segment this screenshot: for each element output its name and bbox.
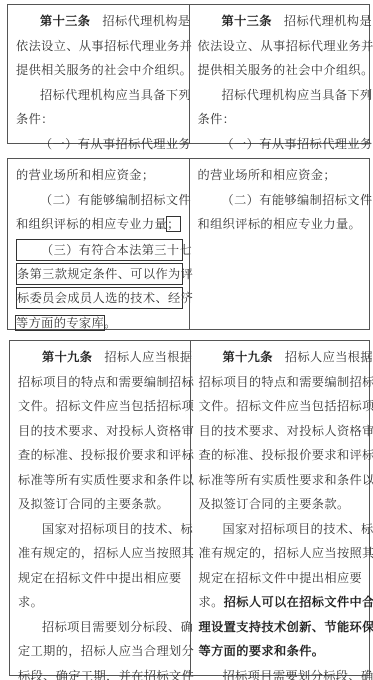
text-line: 文件。招标文件应当包括招标项 [199, 394, 364, 419]
added-text-line: 理设置支持技术创新、节能环保 [199, 615, 364, 640]
text-line: 第十三条招标代理机构是 [198, 9, 364, 34]
text-line: 和组织评标的相应专业力量。 [198, 212, 364, 237]
text-line: 准有规定的，招标人应当按照其 [199, 541, 364, 566]
article-title: 第十三条 [40, 14, 90, 28]
text-line: 规定在招标文件中提出相应要 [199, 566, 364, 591]
old-law-column: 第十三条招标代理机构是 依法设立、从事招标代理业务并 提供相关服务的社会中介组织… [8, 5, 189, 143]
text-line: （二）有能够编制招标文件 [198, 188, 364, 213]
text-line: （二）有能够编制招标文件 [16, 188, 183, 213]
text-line: 目的技术要求、对投标人资格审 [18, 419, 184, 444]
deleted-text-marker: 等方面的专家库 [16, 316, 104, 330]
deleted-text-marker: ； [167, 217, 180, 231]
deleted-text-line: 标委员会成员人选的技术、经济 [16, 287, 183, 309]
text-line: 文件。招标文件应当包括招标项 [18, 394, 184, 419]
text-line: 准有规定的，招标人应当按照其 [18, 541, 184, 566]
text-line: 国家对招标项目的技术、标 [18, 517, 184, 542]
article-title: 第十九条 [42, 350, 92, 364]
article-13-comparison-top: 第十三条招标代理机构是 依法设立、从事招标代理业务并 提供相关服务的社会中介组织… [7, 4, 370, 144]
text-line: 等方面的专家库。 [16, 311, 183, 336]
text-line: 招标项目的特点和需要编制招标 [18, 370, 184, 395]
article-13-comparison-bottom: 的营业场所和相应资金； （二）有能够编制招标文件 和组织评标的相应专业力量； （… [7, 158, 370, 330]
text-line: 查的标准、投标报价要求和评标 [199, 443, 364, 468]
text-line: 招标项目需要划分标段、确 [199, 664, 364, 680]
text-line: 依法设立、从事招标代理业务并 [198, 34, 364, 59]
text-line: 第十九条招标人应当根据 [199, 345, 364, 370]
text-line: 求。 [18, 590, 184, 615]
text-line: 提供相关服务的社会中介组织。 [16, 58, 183, 83]
text-line: 目的技术要求、对投标人资格审 [199, 419, 364, 444]
article-title: 第十九条 [223, 350, 273, 364]
text-line: 标段、确定工期，并在招标文件 [18, 664, 184, 680]
text-line: 规定在招标文件中提出相应要 [18, 566, 184, 591]
text-line: 条件： [198, 107, 364, 132]
deleted-text-line: （三）有符合本法第三十七 [16, 239, 183, 261]
text-line: 依法设立、从事招标代理业务并 [16, 34, 183, 59]
new-law-column: 第十三条招标代理机构是 依法设立、从事招标代理业务并 提供相关服务的社会中介组织… [189, 5, 370, 143]
text-line: 标准等所有实质性要求和条件以 [199, 468, 364, 493]
text-line: （一）有从事招标代理业务 [198, 132, 364, 157]
text-line: 招标代理机构应当具备下列 [198, 83, 364, 108]
text-line: 查的标准、投标报价要求和评标 [18, 443, 184, 468]
deleted-text-line: 条第三款规定条件、可以作为评 [16, 263, 183, 285]
text-line: 国家对招标项目的技术、标 [199, 517, 364, 542]
added-text: 招标人可以在招标文件中合 [224, 595, 373, 609]
text-line: 和组织评标的相应专业力量； [16, 212, 183, 237]
text-line: 招标代理机构应当具备下列 [16, 83, 183, 108]
text-line: 第十三条招标代理机构是 [16, 9, 183, 34]
new-law-column: 的营业场所和相应资金； （二）有能够编制招标文件 和组织评标的相应专业力量。 [189, 159, 370, 329]
article-19-comparison: 第十九条招标人应当根据 招标项目的特点和需要编制招标 文件。招标文件应当包括招标… [9, 340, 370, 676]
old-law-column: 第十九条招标人应当根据 招标项目的特点和需要编制招标 文件。招标文件应当包括招标… [10, 341, 190, 675]
text-line: 定工期的，招标人应当合理划分 [18, 639, 184, 664]
text-line: 及拟签订合同的主要条款。 [199, 492, 364, 517]
text-line: 标准等所有实质性要求和条件以 [18, 468, 184, 493]
text-line: 的营业场所和相应资金； [16, 163, 183, 188]
added-text-line: 等方面的要求和条件。 [199, 639, 364, 664]
text-line: 提供相关服务的社会中介组织。 [198, 58, 364, 83]
article-title: 第十三条 [222, 14, 272, 28]
text-line: （一）有从事招标代理业务 [16, 132, 183, 157]
text-line: 及拟签订合同的主要条款。 [18, 492, 184, 517]
text-line: 招标项目需要划分标段、确 [18, 615, 184, 640]
text-line: 求。招标人可以在招标文件中合 [199, 590, 364, 615]
text-line: 的营业场所和相应资金； [198, 163, 364, 188]
text-line: 招标项目的特点和需要编制招标 [199, 370, 364, 395]
old-law-column: 的营业场所和相应资金； （二）有能够编制招标文件 和组织评标的相应专业力量； （… [8, 159, 189, 329]
new-law-column: 第十九条招标人应当根据 招标项目的特点和需要编制招标 文件。招标文件应当包括招标… [190, 341, 370, 675]
text-line: 条件： [16, 107, 183, 132]
text-line: 第十九条招标人应当根据 [18, 345, 184, 370]
